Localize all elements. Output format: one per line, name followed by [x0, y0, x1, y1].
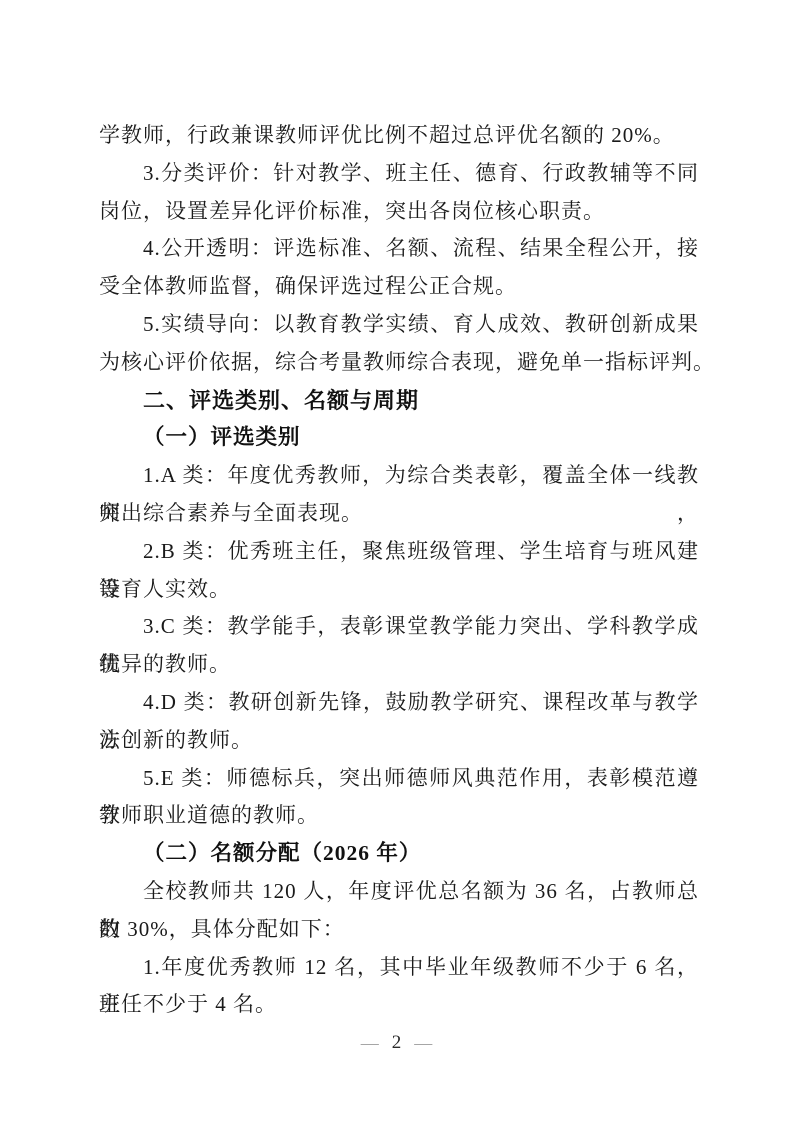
text-line: 3.C 类：教学能手，表彰课堂教学能力突出、学科教学成绩: [99, 608, 699, 646]
footer-left-dash: —: [361, 1030, 379, 1056]
text-line: 受全体教师监督，确保评选过程公正合规。: [99, 268, 699, 306]
footer-right-dash: —: [414, 1030, 432, 1056]
text-line: 1.A 类：年度优秀教师，为综合类表彰，覆盖全体一线教师，: [99, 457, 699, 495]
document-page: 学教师，行政兼课教师评优比例不超过总评优名额的 20%。3.分类评价：针对教学、…: [0, 0, 793, 1122]
text-line: 5.E 类：师德标兵，突出师德师风典范作用，表彰模范遵守: [99, 760, 699, 798]
text-line: 1.年度优秀教师 12 名，其中毕业年级教师不少于 6 名，班: [99, 949, 699, 987]
text-line: 的 30%，具体分配如下：: [99, 911, 699, 949]
text-lines: 学教师，行政兼课教师评优比例不超过总评优名额的 20%。3.分类评价：针对教学、…: [99, 117, 699, 1024]
text-line: 二、评选类别、名额与周期: [99, 382, 699, 420]
text-line: 等育人实效。: [99, 571, 699, 609]
text-line: 5.实绩导向：以教育教学实绩、育人成效、教研创新成果: [99, 306, 699, 344]
text-line: （一）评选类别: [99, 419, 699, 457]
text-line: 主任不少于 4 名。: [99, 986, 699, 1024]
text-line: 优异的教师。: [99, 646, 699, 684]
text-line: 学教师，行政兼课教师评优比例不超过总评优名额的 20%。: [99, 117, 699, 155]
text-line: 全校教师共 120 人，年度评优总名额为 36 名，占教师总数: [99, 873, 699, 911]
text-line: 4.D 类：教研创新先锋，鼓励教学研究、课程改革与教学方: [99, 684, 699, 722]
text-line: 岗位，设置差异化评价标准，突出各岗位核心职责。: [99, 193, 699, 231]
text-line: 为核心评价依据，综合考量教师综合表现，避免单一指标评判。: [99, 344, 699, 382]
text-line: 教师职业道德的教师。: [99, 797, 699, 835]
text-line: 法创新的教师。: [99, 722, 699, 760]
text-line: （二）名额分配（2026 年）: [99, 835, 699, 873]
page-number: 2: [392, 1030, 402, 1056]
text-line: 4.公开透明：评选标准、名额、流程、结果全程公开，接: [99, 230, 699, 268]
text-line: 2.B 类：优秀班主任，聚焦班级管理、学生培育与班风建设: [99, 533, 699, 571]
document-body: 学教师，行政兼课教师评优比例不超过总评优名额的 20%。3.分类评价：针对教学、…: [99, 117, 699, 1024]
text-line: 3.分类评价：针对教学、班主任、德育、行政教辅等不同: [99, 155, 699, 193]
page-footer: — 2 —: [0, 1030, 793, 1056]
